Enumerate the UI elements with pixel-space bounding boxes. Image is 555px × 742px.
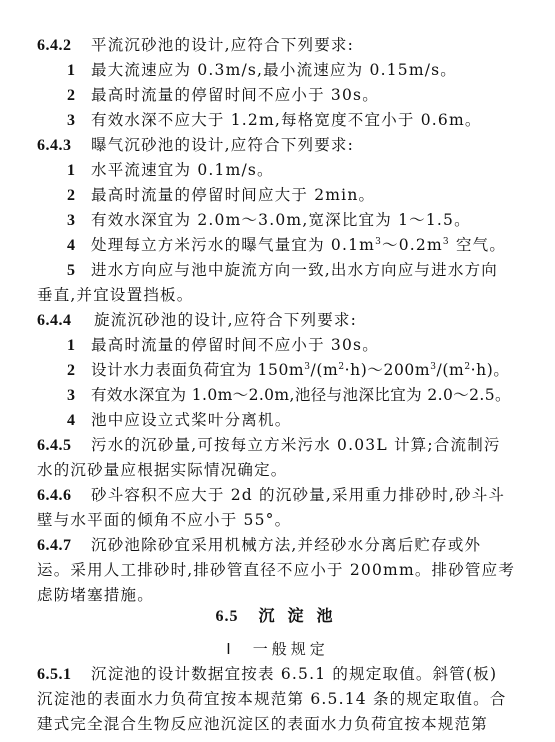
clause-6-4-6: 6.4.6 砂斗容积不应大于 2d 的沉砂量,采用重力排砂时,砂斗斗 [0, 483, 555, 508]
item-number: 2 [67, 358, 76, 383]
clause-6-4-4: 6.4.4 旋流沉砂池的设计,应符合下列要求: [0, 308, 555, 333]
document-page: 6.4.2 平流沉砂池的设计,应符合下列要求: 1 最大流速应为 0.3m/s,… [0, 0, 555, 742]
list-item: 3 有效水深宜为 1.0m～2.0m,池径与池深比宜为 2.0～2.5。 [0, 383, 555, 408]
item-number: 4 [67, 233, 76, 258]
item-number: 2 [67, 83, 76, 108]
clause-number: 6.4.3 [37, 133, 72, 158]
section-heading: 6.5沉淀池 [0, 603, 555, 628]
item-number: 1 [67, 333, 76, 358]
section-number: 6.5 [215, 608, 238, 625]
item-text: 最高时流量的停留时间应大于 2min。 [91, 183, 375, 208]
list-item: 2 最高时流量的停留时间不应小于 30s。 [0, 83, 555, 108]
clause-text: 曝气沉砂池的设计,应符合下列要求: [91, 133, 354, 158]
subsection-roman: Ⅰ [226, 642, 234, 658]
clause-6-5-1: 6.5.1 沉淀池的设计数据宜按表 6.5.1 的规定取值。斜管(板) [0, 662, 555, 687]
continuation-text: 壁与水平面的倾角不应小于 55°。 [37, 508, 291, 533]
clause-number: 6.4.2 [37, 33, 72, 58]
clause-number: 6.4.4 [37, 308, 72, 333]
item-number: 3 [67, 383, 76, 408]
item-text: 有效水深宜为 2.0m～3.0m,宽深比宜为 1～1.5。 [91, 208, 471, 233]
list-item: 2 最高时流量的停留时间应大于 2min。 [0, 183, 555, 208]
continuation-text: 垂直,并宜设置挡板。 [37, 283, 193, 308]
clause-number: 6.4.6 [37, 483, 72, 508]
item-number: 5 [67, 258, 76, 283]
clause-text: 平流沉砂池的设计,应符合下列要求: [91, 33, 354, 58]
clause-number: 6.4.7 [37, 533, 72, 558]
list-item: 4 池中应设立式桨叶分离机。 [0, 408, 555, 433]
clause-text: 沉淀池的设计数据宜按表 6.5.1 的规定取值。斜管(板) [91, 662, 497, 687]
item-text: 水平流速宜为 0.1m/s。 [91, 158, 274, 183]
list-item: 1 最高时流量的停留时间不应小于 30s。 [0, 333, 555, 358]
continuation-text: 沉淀池的表面水力负荷宜按本规范第 6.5.14 条的规定取值。合 [37, 687, 507, 712]
clause-number: 6.5.1 [37, 662, 72, 687]
item-text: 处理每立方米污水的曝气量宜为 0.1m3～0.2m3 空气。 [91, 233, 506, 258]
list-item: 3 有效水深宜为 2.0m～3.0m,宽深比宜为 1～1.5。 [0, 208, 555, 233]
item-text: 设计水力表面负荷宜为 150m3/(m2·h)～200m3/(m2·h)。 [91, 358, 510, 383]
item-number: 2 [67, 183, 76, 208]
clause-6-4-7: 6.4.7 沉砂池除砂宜采用机械方法,并经砂水分离后贮存或外 [0, 533, 555, 558]
clause-number: 6.4.5 [37, 433, 72, 458]
continuation-text: 建式完全混合生物反应池沉淀区的表面水力负荷宜按本规范第 [37, 712, 488, 737]
item-number: 3 [67, 208, 76, 233]
continuation-line: 水的沉砂量应根据实际情况确定。 [0, 458, 555, 483]
item-number: 1 [67, 58, 76, 83]
continuation-line: 建式完全混合生物反应池沉淀区的表面水力负荷宜按本规范第 [0, 712, 555, 737]
continuation-line: 垂直,并宜设置挡板。 [0, 283, 555, 308]
item-number: 3 [67, 108, 76, 133]
clause-text: 沉砂池除砂宜采用机械方法,并经砂水分离后贮存或外 [91, 533, 481, 558]
continuation-line: 沉淀池的表面水力负荷宜按本规范第 6.5.14 条的规定取值。合 [0, 687, 555, 712]
continuation-line: 运。采用人工排砂时,排砂管直径不应小于 200mm。排砂管应考 [0, 558, 555, 583]
item-text: 有效水深不应大于 1.2m,每格宽度不宜小于 0.6m。 [91, 108, 482, 133]
continuation-text: 水的沉砂量应根据实际情况确定。 [37, 458, 288, 483]
item-number: 4 [67, 408, 76, 433]
continuation-text: 运。采用人工排砂时,排砂管直径不应小于 200mm。排砂管应考 [37, 558, 515, 583]
subsection-heading: Ⅰ一般规定 [0, 637, 555, 662]
clause-6-4-2: 6.4.2 平流沉砂池的设计,应符合下列要求: [0, 33, 555, 58]
clause-text: 旋流沉砂池的设计,应符合下列要求: [94, 308, 357, 333]
list-item: 4 处理每立方米污水的曝气量宜为 0.1m3～0.2m3 空气。 [0, 233, 555, 258]
item-number: 1 [67, 158, 76, 183]
clause-text: 砂斗容积不应大于 2d 的沉砂量,采用重力排砂时,砂斗斗 [91, 483, 505, 508]
subsection-title: 一般规定 [253, 640, 329, 658]
clause-6-4-3: 6.4.3 曝气沉砂池的设计,应符合下列要求: [0, 133, 555, 158]
clause-6-4-5: 6.4.5 污水的沉砂量,可按每立方米污水 0.03L 计算;合流制污 [0, 433, 555, 458]
list-item: 5 进水方向应与池中旋流方向一致,出水方向应与进水方向 [0, 258, 555, 283]
item-text: 最大流速应为 0.3m/s,最小流速应为 0.15m/s。 [91, 58, 457, 83]
continuation-line: 壁与水平面的倾角不应小于 55°。 [0, 508, 555, 533]
clause-text: 污水的沉砂量,可按每立方米污水 0.03L 计算;合流制污 [91, 433, 501, 458]
item-text: 最高时流量的停留时间不应小于 30s。 [91, 333, 379, 358]
item-text: 有效水深宜为 1.0m～2.0m,池径与池深比宜为 2.0～2.5。 [91, 383, 511, 408]
item-text: 进水方向应与池中旋流方向一致,出水方向应与进水方向 [91, 258, 498, 283]
list-item: 1 水平流速宜为 0.1m/s。 [0, 158, 555, 183]
item-text: 池中应设立式桨叶分离机。 [91, 408, 291, 433]
item-text: 最高时流量的停留时间不应小于 30s。 [91, 83, 379, 108]
list-item: 1 最大流速应为 0.3m/s,最小流速应为 0.15m/s。 [0, 58, 555, 83]
list-item: 3 有效水深不应大于 1.2m,每格宽度不宜小于 0.6m。 [0, 108, 555, 133]
list-item: 2 设计水力表面负荷宜为 150m3/(m2·h)～200m3/(m2·h)。 [0, 358, 555, 383]
